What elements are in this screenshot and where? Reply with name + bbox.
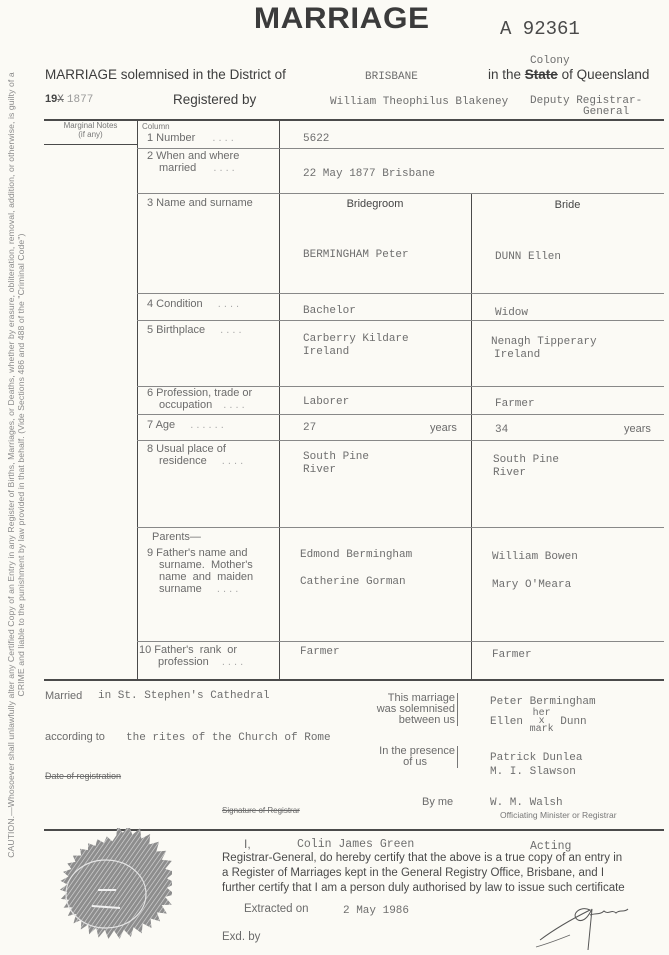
birthplace-label: 5 Birthplace . . . . [147, 324, 242, 336]
caution-notice: CAUTION.—Whosoever shall unlawfully alte… [6, 0, 36, 930]
presence-label: In the presence of us [360, 746, 455, 768]
year-field: 19X 1877 [45, 93, 93, 106]
row-rule [137, 148, 664, 149]
row-rule [137, 414, 664, 415]
groom-birthplace: Carberry Kildare Ireland [303, 333, 409, 359]
bride-father: William Bowen [492, 551, 578, 564]
groom-residence: South Pine River [303, 451, 369, 477]
groom-name: BERMINGHAM Peter [303, 249, 409, 262]
entry-number: 5622 [303, 133, 329, 146]
name-surname-label: 3 Name and surname [147, 197, 253, 209]
bride-name: DUNN Ellen [495, 251, 561, 264]
officiant-name: W. M. Walsh [490, 797, 563, 810]
official-seal-icon [40, 828, 172, 955]
solemnised-between-label: This marriage was solemnised between us [360, 693, 455, 726]
column-divider-1 [137, 119, 138, 679]
groom-father: Edmond Bermingham [300, 549, 412, 562]
signature-registrar-struck: Signature of Registrar [222, 805, 300, 817]
row-rule [137, 440, 664, 441]
party-2-signature: Ellen her x mark Dunn [490, 710, 587, 734]
bride-mother: Mary O'Meara [492, 579, 571, 592]
row-rule [137, 320, 664, 321]
year-prefix: 19 [45, 93, 57, 105]
in-the-label: in the [488, 67, 521, 82]
profession-label: 6 Profession, trade or occupation . . . … [147, 387, 252, 411]
groom-occupation: Laborer [303, 396, 349, 409]
row-rule [137, 641, 664, 642]
bride-residence: South Pine River [493, 454, 559, 480]
colony-correction: Colony [530, 55, 570, 67]
witnesses: Patrick Dunlea M. I. Slawson [490, 751, 582, 779]
certification-statement: Registrar-General, do hereby certify tha… [222, 851, 664, 896]
bride-age: 34 [495, 424, 508, 437]
of-queensland-label: of Queensland [562, 67, 650, 82]
groom-condition: Bachelor [303, 305, 356, 318]
certifier-name: Colin James Green [297, 838, 414, 851]
groom-age-unit: years [430, 422, 457, 434]
parents-label: 9 Father's name and surname. Mother's na… [147, 547, 273, 595]
certifier-i-label: I, [244, 838, 251, 850]
marginal-notes-rule [44, 144, 137, 145]
when-where-label: 2 When and where married . . . . [147, 150, 239, 174]
row-rule [137, 293, 664, 294]
extracted-on-label: Extracted on [244, 903, 309, 915]
jurisdiction: in the State of Queensland [488, 67, 649, 82]
father-rank-label: 10 Father's rank or profession . . . . [139, 644, 243, 668]
parents-section-label: Parents— [152, 531, 201, 543]
officiant-title: Officiating Minister or Registrar [500, 810, 617, 820]
year-struck: X [57, 94, 64, 106]
district-value: BRISBANE [365, 71, 418, 83]
state-struck: State [525, 67, 558, 82]
number-label: 1 Number . . . . [147, 132, 234, 144]
date-of-registration-struck: Date of registration [45, 770, 121, 782]
caution-line-2: CRIME and liable to the punishment by la… [16, 0, 26, 930]
solemnised-label: MARRIAGE solemnised in the District of [45, 67, 286, 82]
certificate-serial-number: A 92361 [500, 18, 580, 40]
married-place: in St. Stephen's Cathedral [98, 690, 270, 703]
bridegroom-header: Bridegroom [279, 198, 471, 210]
extracted-date: 2 May 1986 [343, 905, 409, 918]
bride-occupation: Farmer [495, 398, 535, 411]
row-rule [137, 527, 664, 528]
age-label: 7 Age . . . . . . [147, 419, 224, 431]
row-rule [137, 193, 664, 194]
witness-2: M. I. Slawson [490, 765, 582, 779]
groom-mother: Catherine Gorman [300, 576, 406, 589]
bride-condition: Widow [495, 307, 528, 320]
bride-birthplace: Nenagh Tipperary Ireland [491, 336, 597, 362]
registered-by-label: Registered by [173, 92, 256, 107]
registrar-name: William Theophilus Blakeney [330, 96, 508, 108]
groom-father-rank: Farmer [300, 646, 340, 659]
witness-1: Patrick Dunlea [490, 751, 582, 765]
column-divider-3 [471, 193, 472, 679]
registrar-signature-icon [530, 895, 640, 955]
marginal-notes-header: Marginal Notes (if any) [44, 121, 137, 139]
mark-label: mark [530, 726, 554, 734]
bride-father-rank: Farmer [492, 649, 532, 662]
condition-label: 4 Condition . . . . [147, 298, 239, 310]
according-to-label: according to [45, 731, 105, 743]
table-bottom-rule [44, 679, 664, 681]
document-title: MARRIAGE [254, 2, 430, 36]
caution-line-1: CAUTION.—Whosoever shall unlawfully alte… [6, 0, 16, 930]
residence-label: 8 Usual place of residence . . . . [147, 443, 243, 467]
exd-by-label: Exd. by [222, 931, 260, 943]
brace [457, 746, 458, 768]
brace [457, 693, 458, 726]
registrar-title: Deputy Registrar- General [530, 96, 642, 118]
groom-age: 27 [303, 422, 316, 435]
when-where-value: 22 May 1877 Brisbane [303, 168, 435, 181]
bride-age-unit: years [624, 423, 651, 435]
rites-value: the rites of the Church of Rome [126, 732, 331, 745]
by-me-label: By me [422, 796, 453, 808]
married-label: Married [45, 690, 82, 702]
year-value: 1877 [67, 94, 93, 106]
bride-header: Bride [471, 199, 664, 211]
column-label: Column [142, 122, 170, 131]
